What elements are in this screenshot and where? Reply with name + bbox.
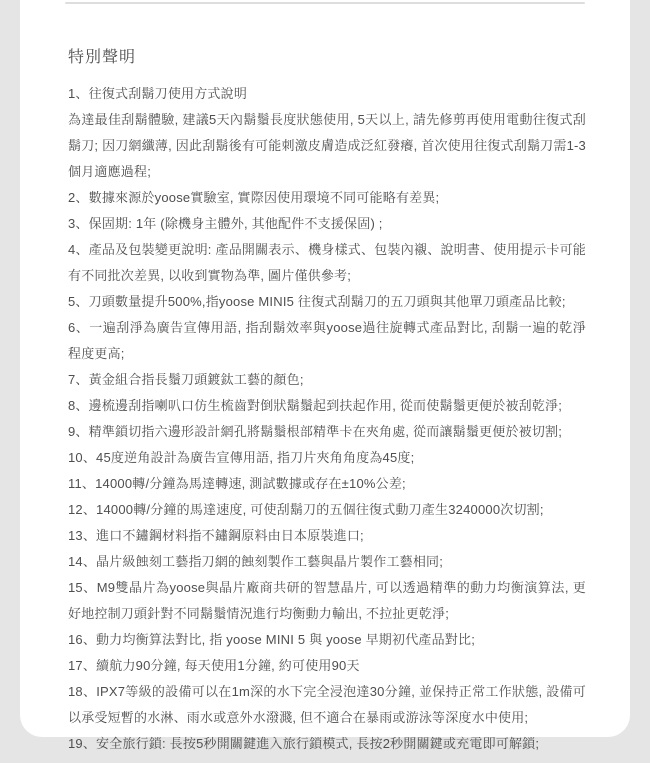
statement-paragraph: 14、晶片級蝕刻工藝指刀網的蝕刻製作工藝與晶片製作工藝相同; xyxy=(68,549,586,575)
statement-paragraph: 17、續航力90分鐘, 每天使用1分鐘, 約可使用90天 xyxy=(68,653,586,679)
statement-paragraph: 13、進口不鏽鋼材料指不鏽鋼原料由日本原裝進口; xyxy=(68,523,586,549)
statement-paragraph: 19、安全旅行鎖: 長按5秒開關鍵進入旅行鎖模式, 長按2秒開關鍵或充電即可解鎖… xyxy=(68,731,586,757)
statement-paragraph: 為達最佳刮鬍體驗, 建議5天內鬍鬚長度狀態使用, 5天以上, 請先修剪再使用電動… xyxy=(68,107,586,185)
statement-paragraph: 2、數據來源於yoose實驗室, 實際因使用環境不同可能略有差異; xyxy=(68,185,586,211)
statement-paragraph: 9、精準鎖切指六邊形設計網孔將鬍鬚根部精準卡在夾角處, 從而讓鬍鬚更便於被切割; xyxy=(68,419,586,445)
statement-paragraph: 15、M9雙晶片為yoose與晶片廠商共研的智慧晶片, 可以透過精準的動力均衡演… xyxy=(68,575,586,627)
statement-paragraph-list: 1、往復式刮鬍刀使用方式說明為達最佳刮鬍體驗, 建議5天內鬍鬚長度狀態使用, 5… xyxy=(68,81,586,757)
statement-paragraph: 1、往復式刮鬍刀使用方式說明 xyxy=(68,81,586,107)
statement-card: 特別聲明 1、往復式刮鬍刀使用方式說明為達最佳刮鬍體驗, 建議5天內鬍鬚長度狀態… xyxy=(20,0,630,737)
section-divider xyxy=(65,2,585,4)
statement-paragraph: 4、產品及包裝變更說明: 產品開關表示、機身樣式、包裝內襯、說明書、使用提示卡可… xyxy=(68,237,586,289)
statement-paragraph: 12、14000轉/分鐘的馬達速度, 可使刮鬍刀的五個往復式動刀產生324000… xyxy=(68,497,586,523)
statement-paragraph: 10、45度逆角設計為廣告宣傳用語, 指刀片夾角角度為45度; xyxy=(68,445,586,471)
statement-paragraph: 7、黃金組合指長鬚刀頭鍍鈦工藝的顏色; xyxy=(68,367,586,393)
statement-paragraph: 5、刀頭數量提升500%,指yoose MINI5 往復式刮鬍刀的五刀頭與其他單… xyxy=(68,289,586,315)
statement-paragraph: 6、一遍刮淨為廣告宣傳用語, 指刮鬍效率與yoose過往旋轉式產品對比, 刮鬍一… xyxy=(68,315,586,367)
statement-paragraph: 16、動力均衡算法對比, 指 yoose MINI 5 與 yoose 早期初代… xyxy=(68,627,586,653)
statement-title: 特別聲明 xyxy=(68,44,586,67)
statement-content: 特別聲明 1、往復式刮鬍刀使用方式說明為達最佳刮鬍體驗, 建議5天內鬍鬚長度狀態… xyxy=(20,0,630,757)
statement-paragraph: 8、邊梳邊刮指喇叭口仿生梳齒對倒狀鬍鬚起到扶起作用, 從而使鬍鬚更便於被刮乾淨; xyxy=(68,393,586,419)
statement-paragraph: 18、IPX7等級的設備可以在1m深的水下完全浸泡達30分鐘, 並保持正常工作狀… xyxy=(68,679,586,731)
statement-paragraph: 3、保固期: 1年 (除機身主體外, 其他配件不支援保固) ; xyxy=(68,211,586,237)
statement-paragraph: 11、14000轉/分鐘為馬達轉速, 測試數據或存在±10%公差; xyxy=(68,471,586,497)
